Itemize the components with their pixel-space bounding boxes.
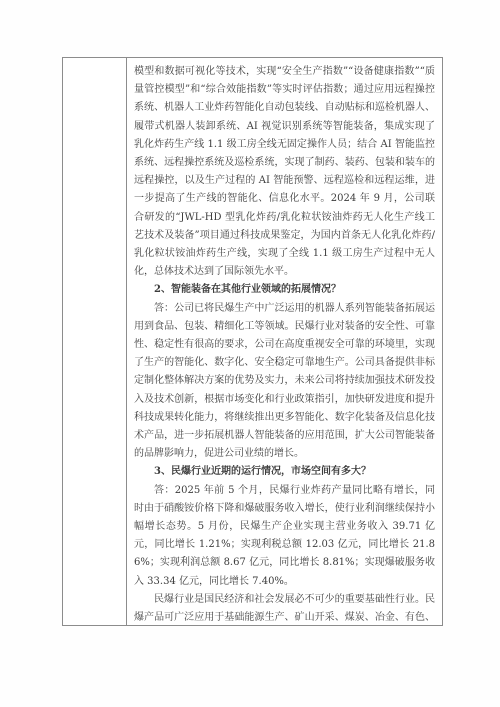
continued-paragraph: 模型和数据可视化等技术，实现“安全生产指数”“设备健康指数”“质量管控模型”和“… bbox=[134, 63, 435, 281]
table-content-cell: 模型和数据可视化等技术，实现“安全生产指数”“设备健康指数”“质量管控模型”和“… bbox=[127, 58, 442, 625]
qa-table: 模型和数据可视化等技术，实现“安全生产指数”“设备健康指数”“质量管控模型”和“… bbox=[62, 57, 443, 626]
question-3-heading: 3、民爆行业近期的运行情况，市场空间有多大？ bbox=[134, 463, 435, 481]
answer-2-paragraph: 答：公司已将民爆生产中广泛运用的机器人系列智能装备拓展运用到食品、包装、精细化工… bbox=[134, 300, 435, 464]
question-2-heading: 2、智能装备在其他行业领域的拓展情况？ bbox=[134, 281, 435, 299]
answer-3-paragraph-1: 答：2025 年前 5 个月，民爆行业炸药产量同比略有增长，同时由于硝酸铵价格下… bbox=[134, 482, 435, 591]
table-left-column-cell bbox=[63, 58, 127, 625]
answer-3-paragraph-2: 民爆行业是国民经济和社会发展必不可少的重要基础性行业。民爆产品可广泛应用于基础能… bbox=[134, 591, 435, 625]
document-page: 模型和数据可视化等技术，实现“安全生产指数”“设备健康指数”“质量管控模型”和“… bbox=[0, 0, 500, 707]
